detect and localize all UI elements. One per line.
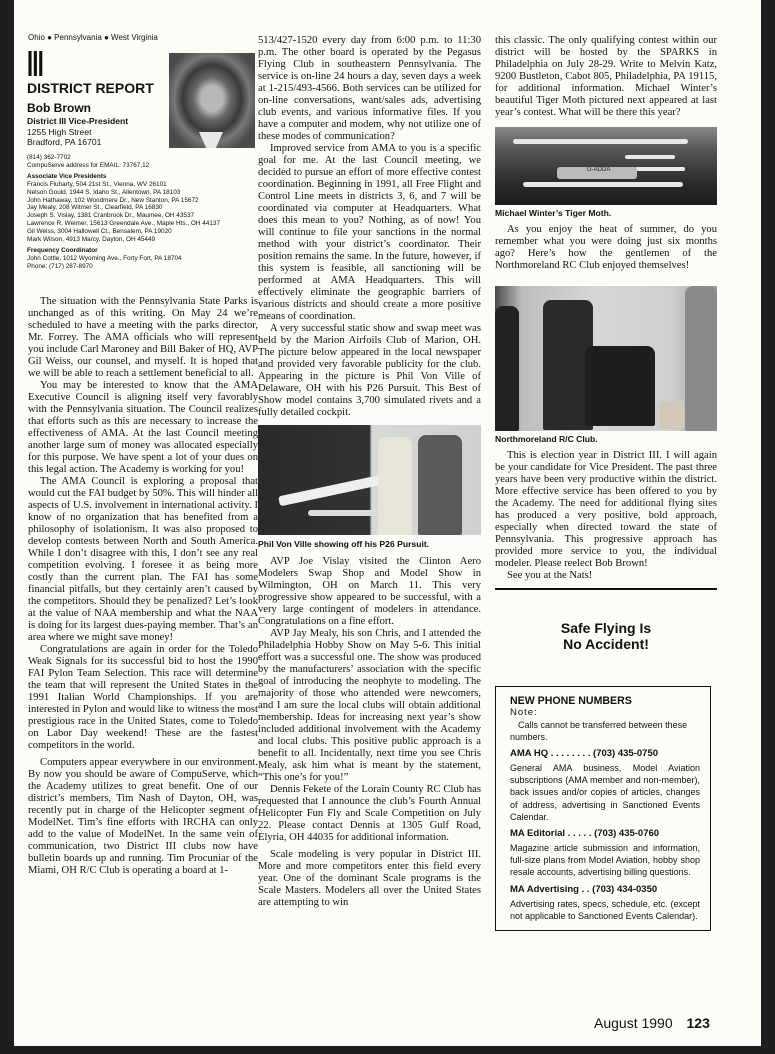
freq-phone: Phone: (717) 287-8970 bbox=[27, 263, 259, 271]
paragraph: A very successful static show and swap m… bbox=[258, 323, 481, 419]
paragraph: AVP Joe Vislay visited the Clinton Aero … bbox=[258, 556, 481, 628]
avp-heading: Associate Vice Presidents bbox=[27, 173, 259, 181]
paragraph: As you enjoy the heat of summer, do you … bbox=[495, 224, 717, 272]
freq-heading: Frequency Coordinator bbox=[27, 247, 259, 255]
paragraph: The situation with the Pennsylvania Stat… bbox=[28, 296, 258, 380]
freq-coordinator: John Cottle, 1012 Wyoming Ave., Forty Fo… bbox=[27, 255, 259, 263]
aircraft-registration: G-ADDA bbox=[587, 167, 610, 173]
vp-title: District III Vice-President bbox=[27, 116, 128, 126]
vp-name: Bob Brown bbox=[27, 101, 91, 115]
avp-item: Joseph S. Vislay, 1381 Cranbrook Dr., Ma… bbox=[27, 212, 259, 220]
northmoreland-club-photo bbox=[495, 286, 717, 431]
paragraph: this classic. The only qualifying contes… bbox=[495, 35, 717, 119]
column-1: The situation with the Pennsylvania Stat… bbox=[28, 296, 258, 877]
phone-numbers-box: NEW PHONE NUMBERS Note: Calls cannot be … bbox=[495, 686, 711, 931]
avp-item: Mark Wilson, 4913 Marcy, Dayton, OH 4544… bbox=[27, 236, 259, 244]
paragraph: The AMA Council is exploring a proposal … bbox=[28, 476, 258, 644]
column-2: 513/427-1520 every day from 6:00 p.m. to… bbox=[258, 35, 481, 909]
district-report-title: DISTRICT REPORT bbox=[27, 80, 154, 96]
phone-box-note-label: Note: bbox=[510, 707, 700, 719]
p26-pursuit-photo bbox=[258, 425, 481, 535]
avp-item: Francis Fluharty, 504 21st St., Vienna, … bbox=[27, 181, 259, 189]
issue-date: August 1990 bbox=[594, 1015, 673, 1031]
phone-box-note: Calls cannot be transferred between thes… bbox=[510, 719, 700, 743]
vp-address-line1: 1255 High Street bbox=[27, 127, 101, 137]
tiger-moth-photo: G-ADDA bbox=[495, 127, 717, 205]
phone-entry-ama-hq: AMA HQ . . . . . . . . (703) 435-0750 bbox=[510, 748, 700, 759]
contact-block: (814) 362-7702 CompuServe address for EM… bbox=[27, 154, 259, 271]
page-number: 123 bbox=[687, 1015, 710, 1031]
safety-slogan-line1: Safe Flying Is bbox=[495, 620, 717, 636]
vp-address-line2: Bradford, PA 16701 bbox=[27, 137, 101, 147]
vp-portrait-photo bbox=[169, 53, 255, 148]
phone-box-title: NEW PHONE NUMBERS bbox=[510, 695, 700, 707]
paragraph: Dennis Fekete of the Lorain County RC Cl… bbox=[258, 784, 481, 844]
magazine-page: Ohio ● Pennsylvania ● West Virginia III … bbox=[14, 0, 761, 1046]
column-3: this classic. The only qualifying contes… bbox=[495, 35, 717, 931]
paragraph: AVP Jay Mealy, his son Chris, and I atte… bbox=[258, 628, 481, 784]
avp-item: Gil Weiss, 3004 Hallowell Ct., Bensalem,… bbox=[27, 228, 259, 236]
phone-entry-ma-editorial: MA Editorial . . . . . (703) 435-0760 bbox=[510, 828, 700, 839]
paragraph: Computers appear everywhere in our envir… bbox=[28, 757, 258, 877]
vp-phone: (814) 362-7702 bbox=[27, 154, 259, 162]
paragraph: Scale modeling is very popular in Distri… bbox=[258, 849, 481, 909]
paragraph: 513/427-1520 every day from 6:00 p.m. to… bbox=[258, 35, 481, 143]
paragraph: You may be interested to know that the A… bbox=[28, 380, 258, 476]
phone-entry-desc: General AMA business, Model Aviation sub… bbox=[510, 762, 700, 823]
safety-slogan: Safe Flying Is No Accident! bbox=[495, 620, 717, 652]
phone-entry-desc: Magazine article submission and informat… bbox=[510, 842, 700, 879]
avp-item: Jay Mealy, 208 Witmer St., Clearfield, P… bbox=[27, 204, 259, 212]
phone-entry-desc: Advertising rates, specs, schedule, etc.… bbox=[510, 898, 700, 922]
club-photo-caption: Northmoreland R/C Club. bbox=[495, 434, 717, 444]
avp-item: Lawrence R. Weimer, 15613 Greendale Ave.… bbox=[27, 220, 259, 228]
paragraph: This is election year in District III. I… bbox=[495, 450, 717, 570]
p26-photo-caption: Phil Von Ville showing off his P26 Pursu… bbox=[258, 538, 481, 550]
tiger-moth-caption: Michael Winter’s Tiger Moth. bbox=[495, 208, 717, 218]
safety-slogan-line2: No Accident! bbox=[495, 636, 717, 652]
section-divider bbox=[495, 588, 717, 590]
vp-email: CompuServe address for EMAIL: 73767,12 bbox=[27, 162, 259, 170]
signoff: See you at the Nats! bbox=[495, 570, 717, 582]
paragraph: Improved service from AMA to you is a sp… bbox=[258, 143, 481, 323]
avp-item: John Hathaway, 102 Woodmere Dr., New Sta… bbox=[27, 197, 259, 205]
phone-entry-ma-advertising: MA Advertising . . (703) 434-0350 bbox=[510, 884, 700, 895]
vp-address: 1255 High Street Bradford, PA 16701 bbox=[27, 127, 101, 147]
avp-item: Nelson Gould, 1944 S. Idaho St., Allento… bbox=[27, 189, 259, 197]
states-line: Ohio ● Pennsylvania ● West Virginia bbox=[28, 33, 158, 42]
page-footer: August 1990 123 bbox=[594, 1015, 710, 1031]
district-number: III bbox=[27, 48, 43, 80]
paragraph: Congratulations are again in order for t… bbox=[28, 644, 258, 752]
